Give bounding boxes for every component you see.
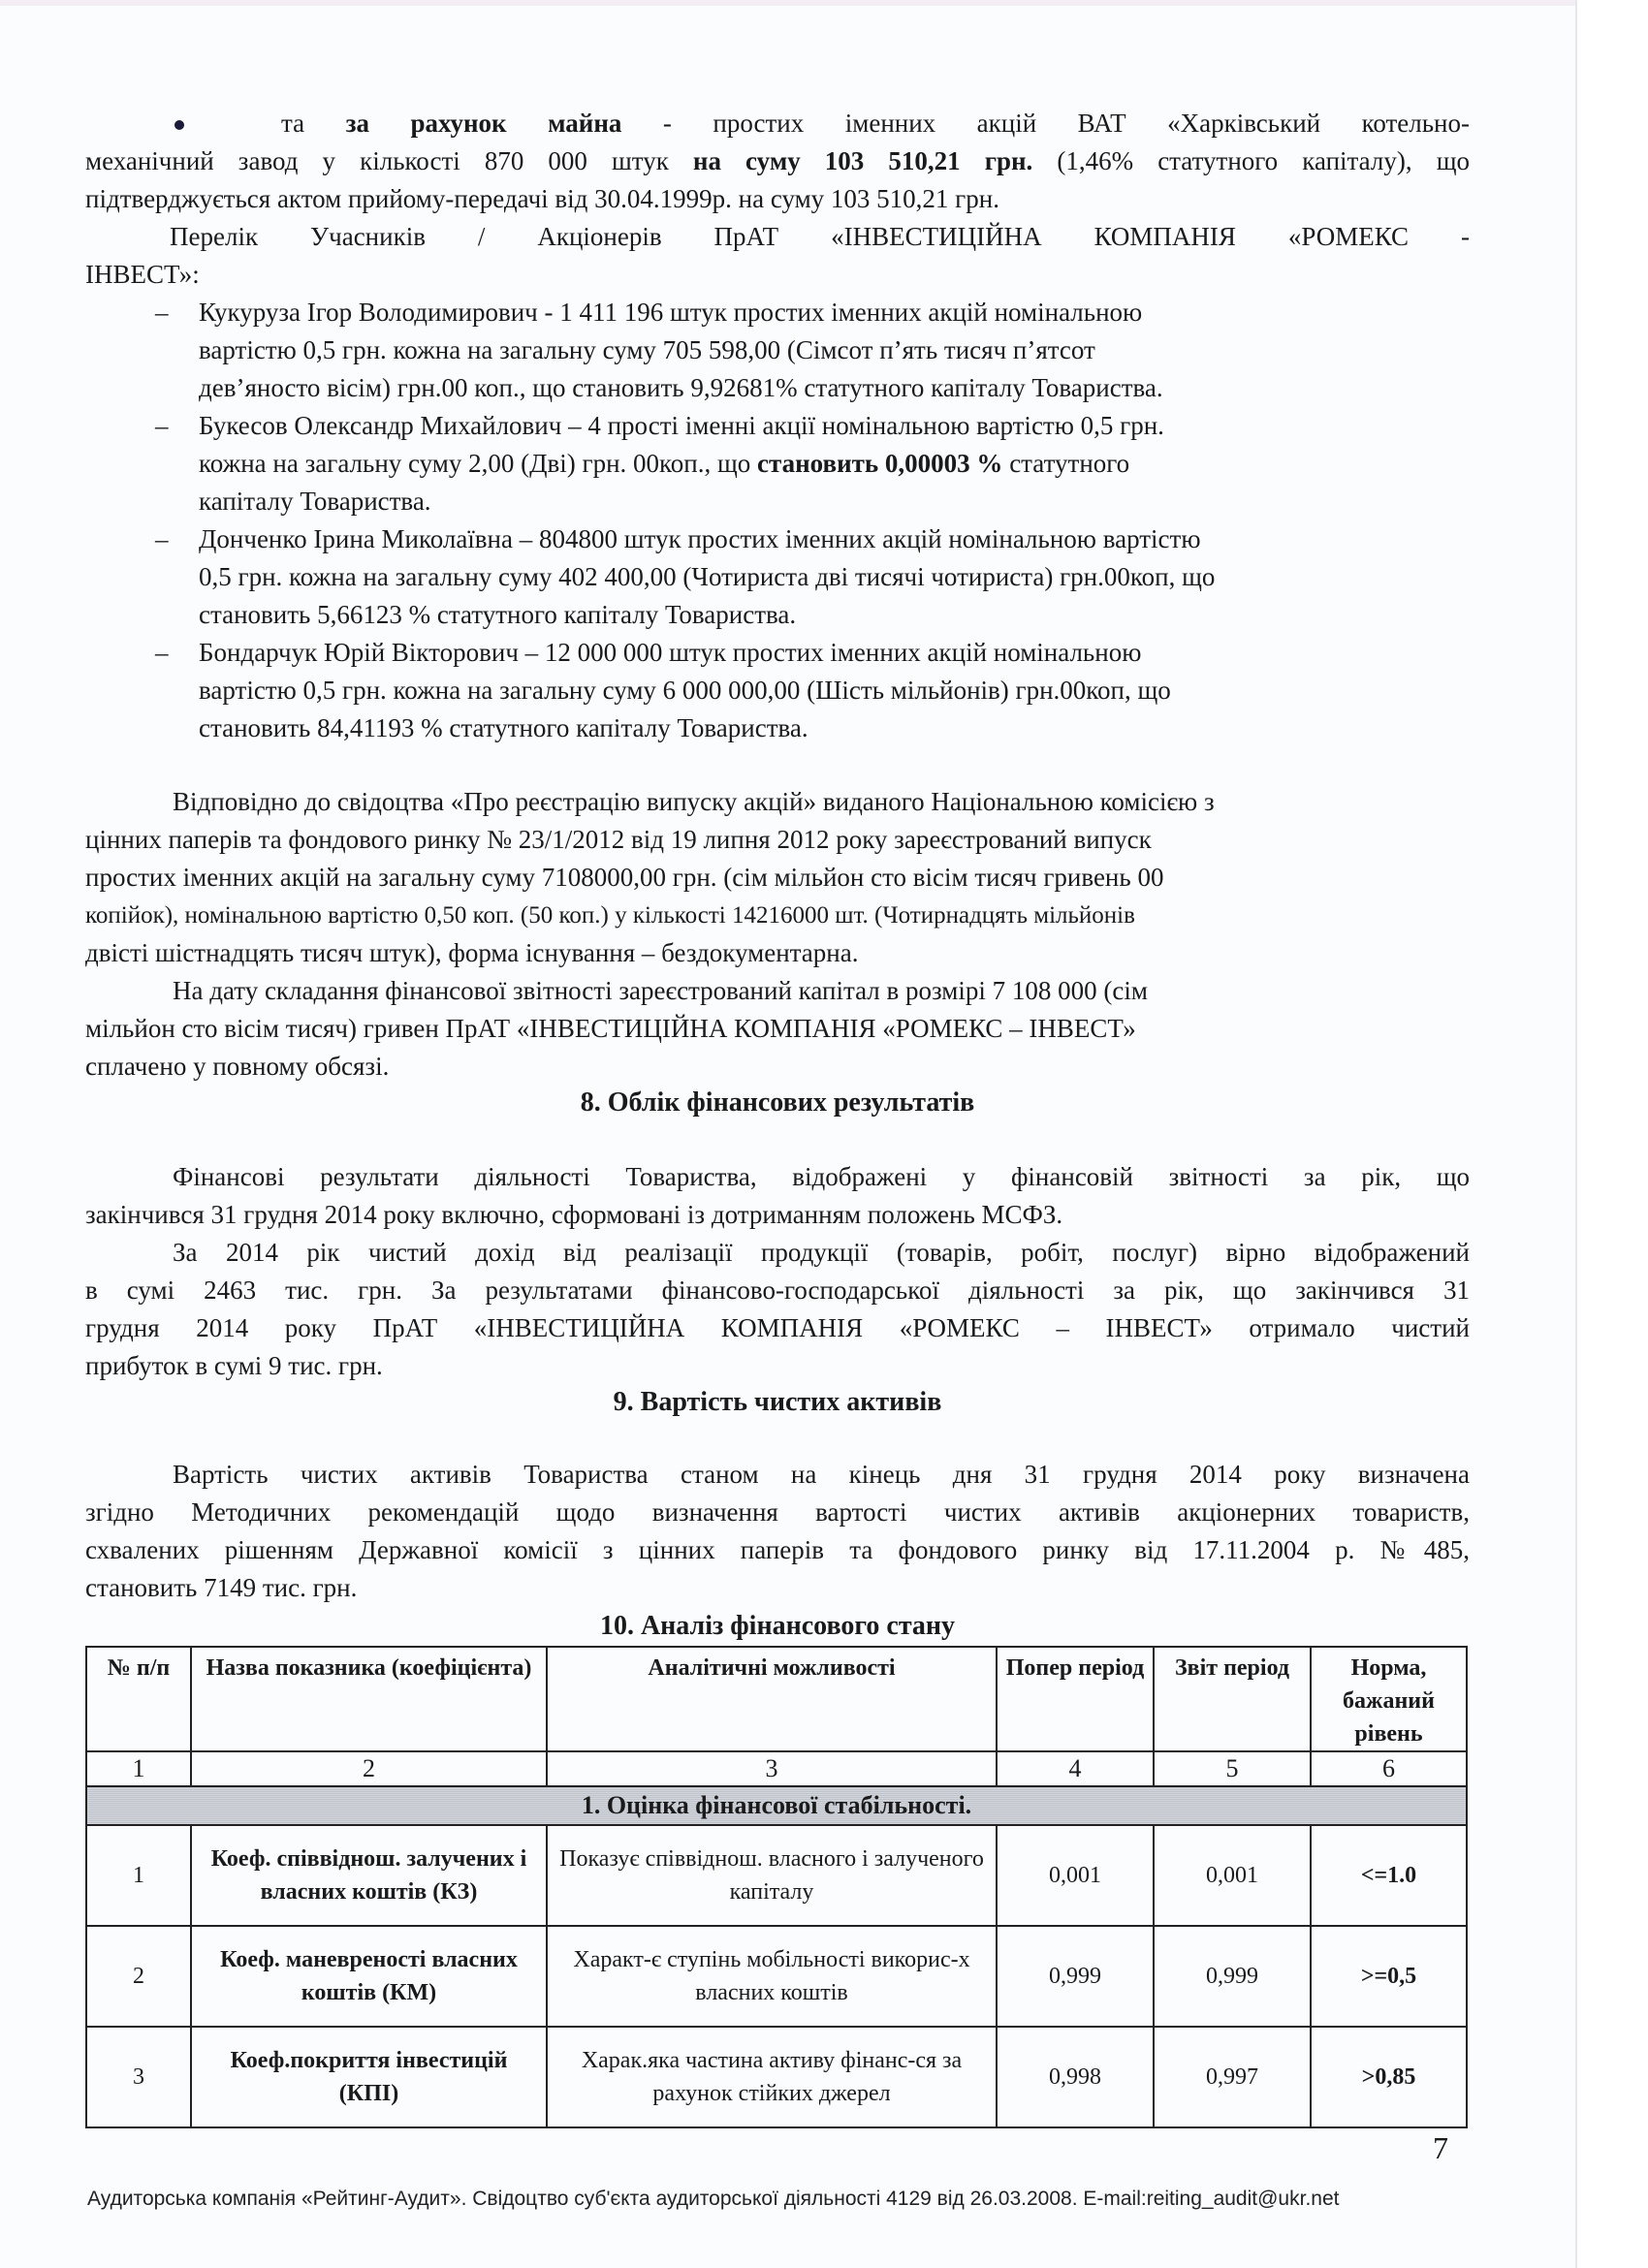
paragraph-line: схвалених рішенням Державної комісії з ц… — [85, 1531, 1470, 1569]
list-item-line: Кукуруза Ігор Володимирович - 1 411 196 … — [199, 294, 1583, 331]
list-item-line: становить 84,41193 % статутного капіталу… — [199, 709, 1583, 747]
previous-period-value: 0,998 — [997, 2027, 1154, 2127]
norm-value: >0,85 — [1311, 2027, 1467, 2127]
norm-value: >=0,5 — [1311, 1926, 1467, 2027]
list-item-line: вартістю 0,5 грн. кожна на загальну суму… — [199, 672, 1583, 709]
row-number: 2 — [86, 1926, 191, 2027]
paragraph-line: сплачено у повному обсязі. — [85, 1048, 1470, 1086]
column-header: Попер період — [997, 1647, 1154, 1751]
list-marker: – — [155, 520, 169, 558]
indicator-name: Коеф. співвіднош. залучених і власних ко… — [191, 1825, 547, 1926]
paragraph-line: грудня 2014 року ПрАТ «ІНВЕСТИЦІЙНА КОМП… — [85, 1309, 1470, 1347]
list-item-line: Букесов Олександр Михайлович – 4 прості … — [199, 407, 1583, 445]
column-number-row: 1 2 3 4 5 6 — [86, 1751, 1467, 1786]
table-header-row: № п/п Назва показника (коефіцієнта) Анал… — [86, 1647, 1467, 1751]
list-marker: – — [155, 294, 169, 331]
paragraph-line: механічний завод у кількості 870 000 шту… — [85, 142, 1470, 180]
shareholders-intro: Перелік Учасників / Акціонерів ПрАТ «ІНВ… — [170, 218, 1470, 256]
paragraph-line: цінних паперів та фондового ринку № 23/1… — [85, 821, 1470, 859]
paragraph-line: На дату складання фінансової звітності з… — [173, 972, 1557, 1010]
paragraph-line: підтверджується актом прийому-передачі в… — [85, 180, 1470, 218]
paragraph-line: прибуток в сумі 9 тис. грн. — [85, 1347, 1470, 1385]
list-marker: – — [155, 407, 169, 445]
table-section-row: 1. Оцінка фінансової стабільності. — [86, 1786, 1467, 1825]
column-header: Норма, бажаний рівень — [1311, 1647, 1467, 1751]
paragraph-line: в сумі 2463 тис. грн. За результатами фі… — [85, 1272, 1470, 1309]
current-period-value: 0,001 — [1154, 1825, 1311, 1926]
paragraph-line: становить 7149 тис. грн. — [85, 1569, 1470, 1607]
shareholders-intro: ІНВЕСТ»: — [85, 256, 1470, 294]
column-number: 4 — [997, 1751, 1154, 1786]
list-item-line: капіталу Товариства. — [199, 483, 1583, 520]
paragraph-line: згідно Методичних рекомендацій щодо визн… — [85, 1494, 1470, 1531]
list-marker: – — [155, 634, 169, 672]
scan-edge — [0, 0, 1575, 6]
column-number: 3 — [547, 1751, 997, 1786]
column-number: 2 — [191, 1751, 547, 1786]
column-header: Звіт період — [1154, 1647, 1311, 1751]
list-item-line: становить 5,66123 % статутного капіталу … — [199, 596, 1583, 634]
indicator-name: Коеф. маневреності власних коштів (КМ) — [191, 1926, 547, 2027]
document-page: та за рахунок майна - простих іменних ак… — [0, 0, 1577, 2268]
column-number: 1 — [86, 1751, 191, 1786]
paragraph-line: закінчився 31 грудня 2014 року включно, … — [85, 1196, 1470, 1234]
column-header: Назва показника (коефіцієнта) — [191, 1647, 547, 1751]
list-item-line: Донченко Ірина Миколаївна – 804800 штук … — [199, 520, 1583, 558]
financial-analysis-table: № п/п Назва показника (коефіцієнта) Анал… — [85, 1646, 1468, 2128]
section-label: 1. Оцінка фінансової стабільності. — [86, 1786, 1467, 1825]
indicator-description: Показує співвіднош. власного і залученог… — [547, 1825, 997, 1926]
bullet-icon — [174, 120, 184, 130]
page-footer: Аудиторська компанія «Рейтинг-Аудит». Св… — [87, 2187, 1464, 2212]
paragraph-line: копійок), номінальною вартістю 0,50 коп.… — [85, 897, 1470, 934]
current-period-value: 0,999 — [1154, 1926, 1311, 2027]
list-item-line: кожна на загальну суму 2,00 (Дві) грн. 0… — [199, 445, 1583, 483]
section-heading: 8. Облік фінансових результатів — [85, 1084, 1470, 1121]
list-item-line: дев’яносто вісім) грн.00 коп., що станов… — [199, 369, 1583, 407]
column-header: Аналітичні можливості — [547, 1647, 997, 1751]
paragraph-line: та за рахунок майна - простих іменних ак… — [281, 105, 1470, 142]
norm-value: <=1.0 — [1311, 1825, 1467, 1926]
row-number: 3 — [86, 2027, 191, 2127]
indicator-name: Коеф.покриття інвестицій (КПІ) — [191, 2027, 547, 2127]
column-header: № п/п — [86, 1647, 191, 1751]
list-item-line: Бондарчук Юрій Вікторович – 12 000 000 ш… — [199, 634, 1583, 672]
paragraph-line: За 2014 рік чистий дохід від реалізації … — [173, 1234, 1470, 1272]
indicator-description: Характ-є ступінь мобільності викорис-х в… — [547, 1926, 997, 2027]
current-period-value: 0,997 — [1154, 2027, 1311, 2127]
row-number: 1 — [86, 1825, 191, 1926]
previous-period-value: 0,001 — [997, 1825, 1154, 1926]
paragraph-line: простих іменних акцій на загальну суму 7… — [85, 859, 1470, 897]
paragraph-line: мільйон сто вісім тисяч) гривен ПрАТ «ІН… — [85, 1010, 1470, 1048]
page-number: 7 — [1433, 2130, 1448, 2165]
paragraph-line: Відповідно до свідоцтва «Про реєстрацію … — [173, 783, 1557, 821]
list-item-line: вартістю 0,5 грн. кожна на загальну суму… — [199, 331, 1583, 369]
section-heading: 9. Вартість чистих активів — [85, 1383, 1470, 1421]
indicator-description: Харак.яка частина активу фінанс-ся за ра… — [547, 2027, 997, 2127]
previous-period-value: 0,999 — [997, 1926, 1154, 2027]
column-number: 5 — [1154, 1751, 1311, 1786]
paragraph-line: Вартість чистих активів Товариства стано… — [173, 1456, 1470, 1494]
paragraph-line: двісті шістнадцять тисяч штук), форма іс… — [85, 934, 1470, 972]
list-item-line: 0,5 грн. кожна на загальну суму 402 400,… — [199, 558, 1583, 596]
table-row: 2 Коеф. маневреності власних коштів (КМ)… — [86, 1926, 1467, 2027]
table-row: 1 Коеф. співвіднош. залучених і власних … — [86, 1825, 1467, 1926]
section-heading: 10. Аналіз фінансового стану — [85, 1607, 1470, 1645]
table-row: 3 Коеф.покриття інвестицій (КПІ) Харак.я… — [86, 2027, 1467, 2127]
paragraph-line: Фінансові результати діяльності Товарист… — [173, 1158, 1470, 1196]
column-number: 6 — [1311, 1751, 1467, 1786]
